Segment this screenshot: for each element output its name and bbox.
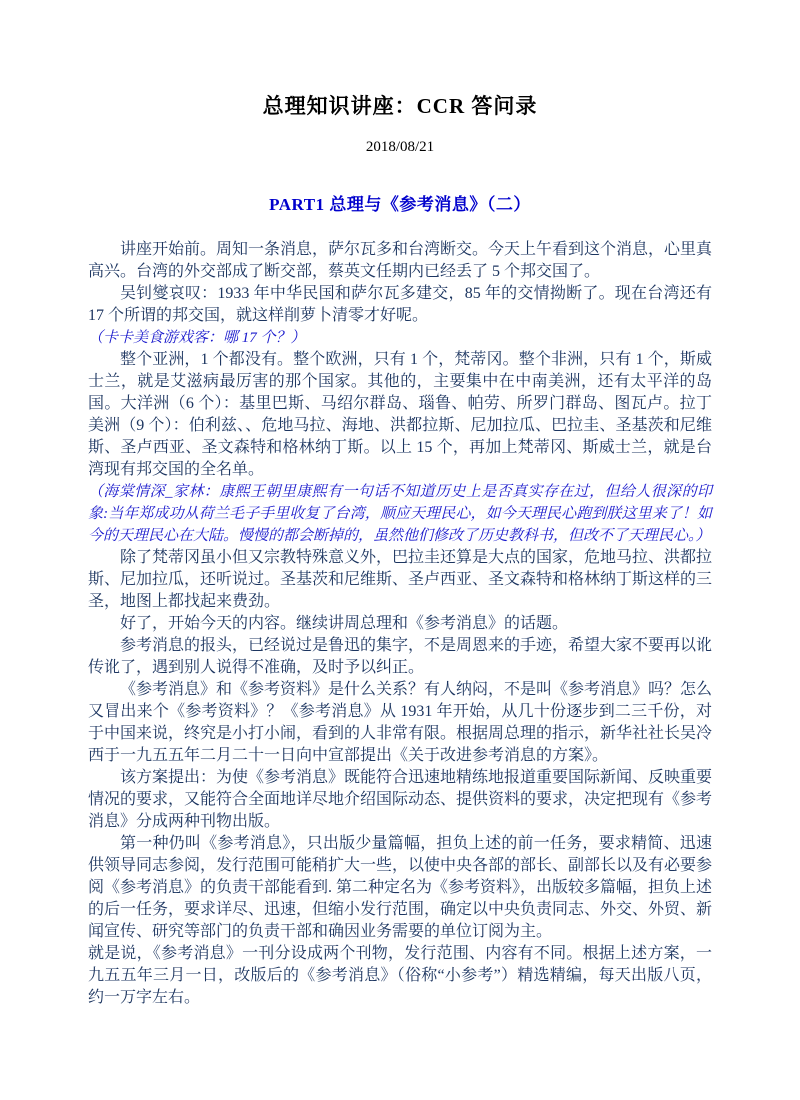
paragraph: 参考消息的报头，已经说过是鲁迅的集字，不是周恩来的手迹，希望大家不要再以讹传讹了… [88, 635, 712, 679]
paragraph: 该方案提出：为使《参考消息》既能符合迅速地精练地报道重要国际新闻、反映重要情况的… [88, 767, 712, 833]
paragraph: 吴钊燮哀叹：1933 年中华民国和萨尔瓦多建交，85 年的交情拗断了。现在台湾还… [88, 283, 712, 327]
paragraph: 第一种仍叫《参考消息》，只出版少量篇幅，担负上述的前一任务，要求精简、迅速供领导… [88, 833, 712, 943]
paragraph: 好了，开始今天的内容。继续讲周总理和《参考消息》的话题。 [88, 613, 712, 635]
reader-comment: （海棠情深_家林：康熙王朝里康熙有一句话不知道历史上是否真实存在过，但给人很深的… [88, 481, 712, 547]
document-page: 总理知识讲座：CCR 答问录 2018/08/21 PART1 总理与《参考消息… [0, 0, 800, 1100]
reader-comment: （卡卡美食游戏客：哪 17 个？） [88, 327, 712, 349]
paragraph: 除了梵蒂冈虽小但又宗教特殊意义外，巴拉圭还算是大点的国家，危地马拉、洪都拉斯、尼… [88, 547, 712, 613]
paragraph: 《参考消息》和《参考资料》是什么关系？有人纳闷，不是叫《参考消息》吗？怎么又冒出… [88, 679, 712, 767]
paragraph: 讲座开始前。周知一条消息，萨尔瓦多和台湾断交。今天上午看到这个消息，心里真高兴。… [88, 239, 712, 283]
document-date: 2018/08/21 [88, 138, 712, 156]
paragraph: 整个亚洲，1 个都没有。整个欧洲，只有 1 个，梵蒂冈。整个非洲，只有 1 个，… [88, 349, 712, 481]
paragraph: 就是说，《参考消息》一刊分设成两个刊物，发行范围、内容有不同。根据上述方案，一九… [88, 943, 712, 1009]
document-body: 讲座开始前。周知一条消息，萨尔瓦多和台湾断交。今天上午看到这个消息，心里真高兴。… [88, 239, 712, 1009]
section-heading: PART1 总理与《参考消息》（二） [88, 194, 712, 215]
document-title: 总理知识讲座：CCR 答问录 [88, 94, 712, 118]
